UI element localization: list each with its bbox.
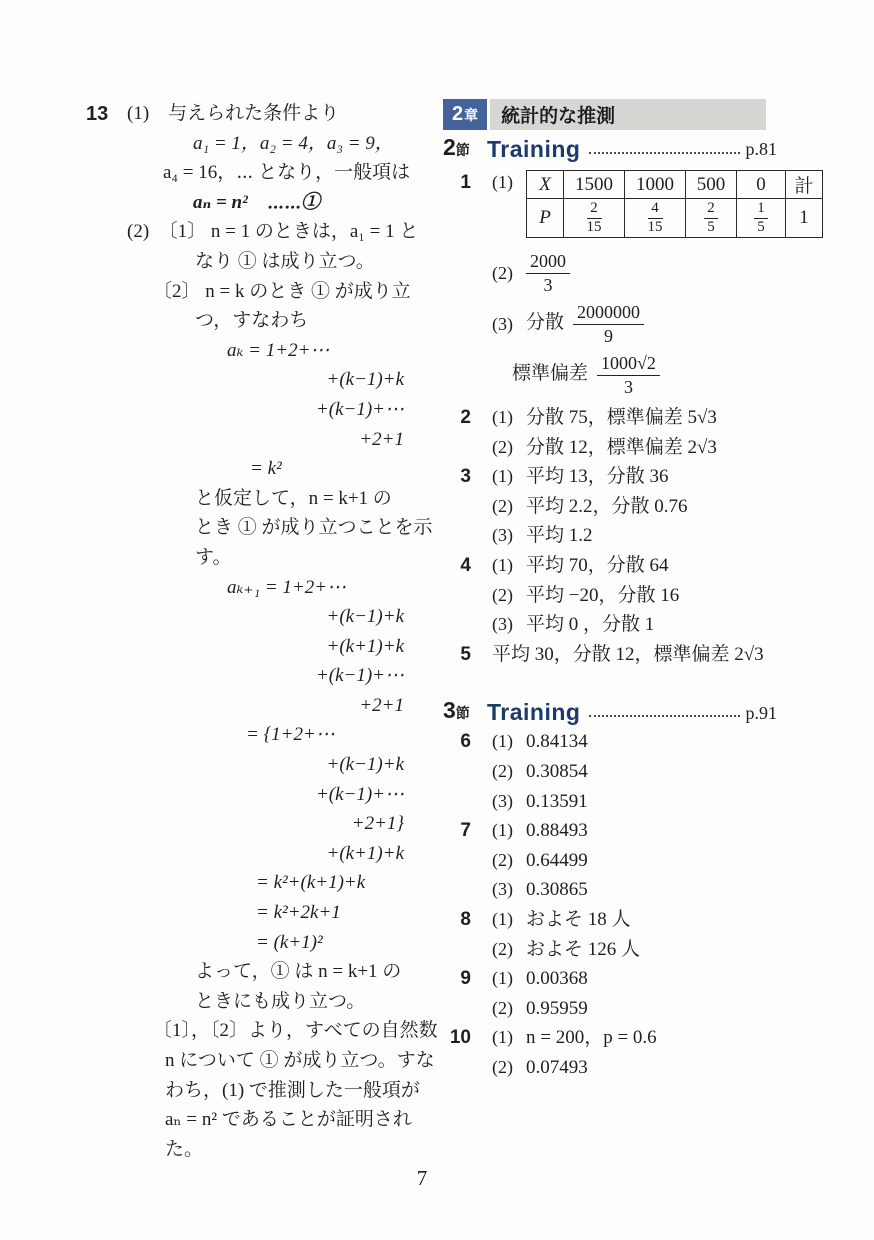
part-label: (2) (471, 581, 526, 611)
problem-number: 3 (443, 462, 471, 492)
fraction: 25 (704, 200, 718, 236)
answer-text: 平均 13，分散 36 (526, 462, 823, 492)
answer-row: 9(1)0.00368 (443, 964, 823, 994)
dotted-leader (589, 705, 739, 717)
problem-number: 9 (443, 964, 471, 994)
answer-row: 3(1)平均 13，分散 36 (443, 462, 823, 492)
answer-text: 0.13591 (526, 787, 823, 817)
answer-text: 0.07493 (526, 1053, 823, 1083)
fraction: 1000√23 (597, 352, 660, 398)
solution-line: +(k−1)+k (88, 602, 404, 632)
fraction-numerator: 4 (648, 200, 663, 218)
solution-line: つ，すなわち (195, 306, 438, 336)
fraction-numerator: 1 (754, 200, 768, 218)
answer-row: 1 (1) X 1500 1000 500 0 計 P 215 415 25 1… (443, 168, 823, 238)
table-row: X 1500 1000 500 0 計 (527, 171, 823, 199)
answer-text: 平均 70，分散 64 (526, 551, 823, 581)
fraction-denominator: 15 (587, 219, 602, 236)
answer-row: 7(1)0.88493 (443, 816, 823, 846)
answer-text: 0.64499 (526, 846, 823, 876)
part-label: (2) (471, 994, 526, 1024)
answer-row: (2)平均 −20，分散 16 (443, 581, 823, 611)
answer-text: およそ 18 人 (526, 905, 823, 935)
answer-row: 5平均 30，分散 12，標準偏差 2√3 (443, 640, 823, 670)
solution-line: とき ① が成り立つことを示 (195, 513, 438, 543)
solution-line: = {1+2+⋯ (246, 720, 438, 750)
fraction-denominator: 15 (648, 219, 663, 236)
part-label: (1) (471, 462, 526, 492)
fraction-denominator: 5 (704, 219, 718, 236)
chapter-number: 2 (452, 103, 463, 126)
answer-row: (2)0.30854 (443, 757, 823, 787)
problem-number: 10 (443, 1023, 471, 1053)
answer-text: 平均 1.2 (526, 521, 823, 551)
right-column: 2 章 統計的な推測 2節 Training p.81 1 (1) X 1500… (443, 99, 823, 1082)
solution-line: = k² (250, 454, 438, 484)
table-cell: 計 (786, 171, 823, 199)
answer-row: 8(1)およそ 18 人 (443, 905, 823, 935)
answer-row: (3)0.30865 (443, 875, 823, 905)
table-cell: 500 (686, 171, 737, 199)
answer-row: (3)平均 0 ，分散 1 (443, 610, 823, 640)
section-number-digit: 2 (443, 134, 456, 160)
answer-row: (2)分散 12，標準偏差 2√3 (443, 433, 823, 463)
answer-text: 0.00368 (526, 964, 823, 994)
statistic-label: 標準偏差 (512, 363, 588, 384)
answer-row: 6(1)0.84134 (443, 727, 823, 757)
part-label: (1) (471, 727, 526, 757)
answer-rows: 2(1)分散 75，標準偏差 5√3(2)分散 12，標準偏差 2√33(1)平… (443, 403, 823, 669)
table-cell: X (527, 171, 564, 199)
answer-text: 平均 30，分散 12，標準偏差 2√3 (471, 640, 823, 670)
solution-line: n について ① が成り立つ。すな (165, 1046, 438, 1076)
answer-text: 0.30854 (526, 757, 823, 787)
section-number-digit: 3 (443, 697, 456, 723)
answer-text: 20003 (526, 250, 823, 296)
page: 13 (1) 与えられた条件よりa₁ = 1，a₂ = 4，a₃ = 9，a₄ … (0, 0, 874, 1240)
solution-line: す。 (195, 543, 438, 573)
answer-text: 標準偏差1000√23 (471, 352, 823, 398)
answer-text: 平均 −20，分散 16 (526, 581, 823, 611)
answer-row: (2)平均 2.2，分散 0.76 (443, 492, 823, 522)
fraction-numerator: 2000000 (573, 301, 644, 325)
fraction: 15 (754, 200, 768, 236)
answer-text: 0.95959 (526, 994, 823, 1024)
solution-line: aₙ = n² であることが証明され (165, 1105, 438, 1135)
dotted-leader (589, 142, 739, 154)
table-cell: 1000 (625, 171, 686, 199)
answer-row: 2(1)分散 75，標準偏差 5√3 (443, 403, 823, 433)
fraction-numerator: 2000 (526, 250, 570, 274)
part-label: (1) (471, 1023, 526, 1053)
solution-line: +(k−1)+⋯ (88, 395, 404, 425)
answer-text: 0.30865 (526, 875, 823, 905)
fraction: 20000009 (573, 301, 644, 347)
answer-text: およそ 126 人 (526, 935, 823, 965)
section-number: 3節 (443, 697, 487, 724)
answer-text: 平均 0 ，分散 1 (526, 610, 823, 640)
fraction: 215 (587, 200, 602, 236)
solution-line: よって，① は n = k+1 の (195, 957, 438, 987)
section-title: Training (487, 701, 580, 724)
fraction: 415 (648, 200, 663, 236)
left-column: (1) 与えられた条件よりa₁ = 1，a₂ = 4，a₃ = 9，a₄ = 1… (88, 99, 438, 1164)
solution-line: ときにも成り立つ。 (195, 987, 438, 1017)
fraction-denominator: 9 (573, 325, 644, 348)
table-cell: 1 (786, 199, 823, 238)
answer-row: (3)平均 1.2 (443, 521, 823, 551)
part-label: (1) (471, 403, 526, 433)
section-page-ref: p.91 (746, 703, 778, 725)
solution-line: (2) 〔1〕 n = 1 のときは，a₁ = 1 と (127, 217, 438, 247)
solution-line: = k²+(k+1)+k (256, 868, 438, 898)
part-label: (2) (471, 1053, 526, 1083)
section-unit: 節 (456, 142, 470, 158)
fraction-numerator: 2 (587, 200, 602, 218)
statistic-label: 分散 (526, 312, 564, 333)
answer-row: (2)およそ 126 人 (443, 935, 823, 965)
solution-line: +2+1 (88, 425, 404, 455)
chapter-header: 2 章 統計的な推測 (443, 99, 766, 130)
part-label: (1) (471, 551, 526, 581)
solution-line: と仮定して，n = k+1 の (195, 484, 438, 514)
problem-number: 2 (443, 403, 471, 433)
chapter-unit: 章 (464, 105, 478, 125)
part-label: (3) (471, 787, 526, 817)
part-label: (3) (471, 521, 526, 551)
part-label: (3) (471, 875, 526, 905)
fraction-denominator: 3 (526, 274, 570, 297)
solution-line: 〔2〕 n = k のとき ① が成り立 (153, 277, 438, 307)
section-unit: 節 (456, 705, 470, 721)
fraction-denominator: 5 (754, 219, 768, 236)
section-header-2: 2節 Training p.81 (443, 131, 777, 161)
solution-line: a₁ = 1，a₂ = 4，a₃ = 9， (193, 129, 438, 159)
solution-lines: (1) 与えられた条件よりa₁ = 1，a₂ = 4，a₃ = 9，a₄ = 1… (88, 99, 438, 1164)
table-cell: 25 (686, 199, 737, 238)
solution-line: a₄ = 16，⋯ となり，一般項は (163, 158, 438, 188)
part-label: (2) (471, 492, 526, 522)
page-number: 7 (398, 1166, 446, 1191)
part-label: (2) (471, 935, 526, 965)
part-label: (2) (471, 846, 526, 876)
part-label: (2) (471, 263, 526, 284)
part-label: (1) (471, 816, 526, 846)
table-cell: 215 (564, 199, 625, 238)
answer-text: 0.88493 (526, 816, 823, 846)
chapter-number-badge: 2 章 (443, 99, 487, 130)
fraction-numerator: 2 (704, 200, 718, 218)
fraction: 20003 (526, 250, 570, 296)
table-cell: 415 (625, 199, 686, 238)
solution-line: = (k+1)² (256, 928, 438, 958)
fraction-denominator: 3 (597, 376, 660, 399)
answer-row: (3) 分散20000009 (443, 301, 823, 347)
answer-text: 分散 75，標準偏差 5√3 (526, 403, 823, 433)
answer-row: 10(1)n = 200，p = 0.6 (443, 1023, 823, 1053)
solution-line: +2+1 (88, 691, 404, 721)
solution-line: aₙ = n² ⋯⋯① (193, 188, 438, 218)
table-cell: P (527, 199, 564, 238)
answer-text: n = 200，p = 0.6 (526, 1023, 823, 1053)
table-cell: 0 (737, 171, 786, 199)
chapter-title: 統計的な推測 (490, 99, 766, 130)
fraction-numerator: 1000√2 (597, 352, 660, 376)
answer-text: 平均 2.2，分散 0.76 (526, 492, 823, 522)
part-label: (2) (471, 433, 526, 463)
part-label: (1) (471, 964, 526, 994)
answer-row: (3)0.13591 (443, 787, 823, 817)
solution-line: aₖ₊₁ = 1+2+⋯ (227, 573, 438, 603)
solution-line: (1) 与えられた条件より (127, 99, 438, 129)
section-number: 2節 (443, 134, 487, 161)
problem-number: 5 (443, 640, 471, 670)
answer-row: (2)0.07493 (443, 1053, 823, 1083)
solution-line: +2+1} (88, 809, 404, 839)
solution-line: aₖ = 1+2+⋯ (227, 336, 438, 366)
answer-row: 4(1)平均 70，分散 64 (443, 551, 823, 581)
section-header-3: 3節 Training p.91 (443, 694, 777, 724)
solution-line: 〔1〕，〔2〕より，すべての自然数 (153, 1016, 438, 1046)
solution-line: た。 (165, 1135, 438, 1165)
solution-line: +(k−1)+k (88, 365, 404, 395)
part-label: (1) (471, 168, 526, 197)
part-label: (3) (471, 610, 526, 640)
solution-line: わち，(1) で推測した一般項が (165, 1076, 438, 1106)
problem-number: 7 (443, 816, 471, 846)
answer-row: (2)0.95959 (443, 994, 823, 1024)
answer-row: (2) 20003 (443, 250, 823, 296)
answer-text: 0.84134 (526, 727, 823, 757)
answer-row: (2)0.64499 (443, 846, 823, 876)
solution-line: +(k+1)+k (88, 632, 404, 662)
part-label: (3) (471, 314, 526, 335)
solution-line: +(k−1)+⋯ (88, 661, 404, 691)
table-cell: 15 (737, 199, 786, 238)
section-page-ref: p.81 (746, 139, 778, 161)
answer-text: 分散20000009 (526, 301, 823, 347)
solution-line: +(k+1)+k (88, 839, 404, 869)
answer-row: 標準偏差1000√23 (443, 350, 823, 400)
table-row: P 215 415 25 15 1 (527, 199, 823, 238)
solution-line: +(k−1)+⋯ (88, 780, 404, 810)
table-cell: 1500 (564, 171, 625, 199)
solution-line: = k²+2k+1 (256, 898, 438, 928)
problem-number: 4 (443, 551, 471, 581)
answer-text: 分散 12，標準偏差 2√3 (526, 433, 823, 463)
problem-number: 6 (443, 727, 471, 757)
section-title: Training (487, 138, 580, 161)
problem-number: 8 (443, 905, 471, 935)
solution-line: +(k−1)+k (88, 750, 404, 780)
part-label: (2) (471, 757, 526, 787)
probability-table: X 1500 1000 500 0 計 P 215 415 25 15 1 (526, 170, 823, 238)
problem-number: 1 (443, 168, 471, 197)
answer-rows: 6(1)0.84134(2)0.30854(3)0.135917(1)0.884… (443, 727, 823, 1082)
part-label: (1) (471, 905, 526, 935)
solution-line: なり ① は成り立つ。 (195, 247, 438, 277)
